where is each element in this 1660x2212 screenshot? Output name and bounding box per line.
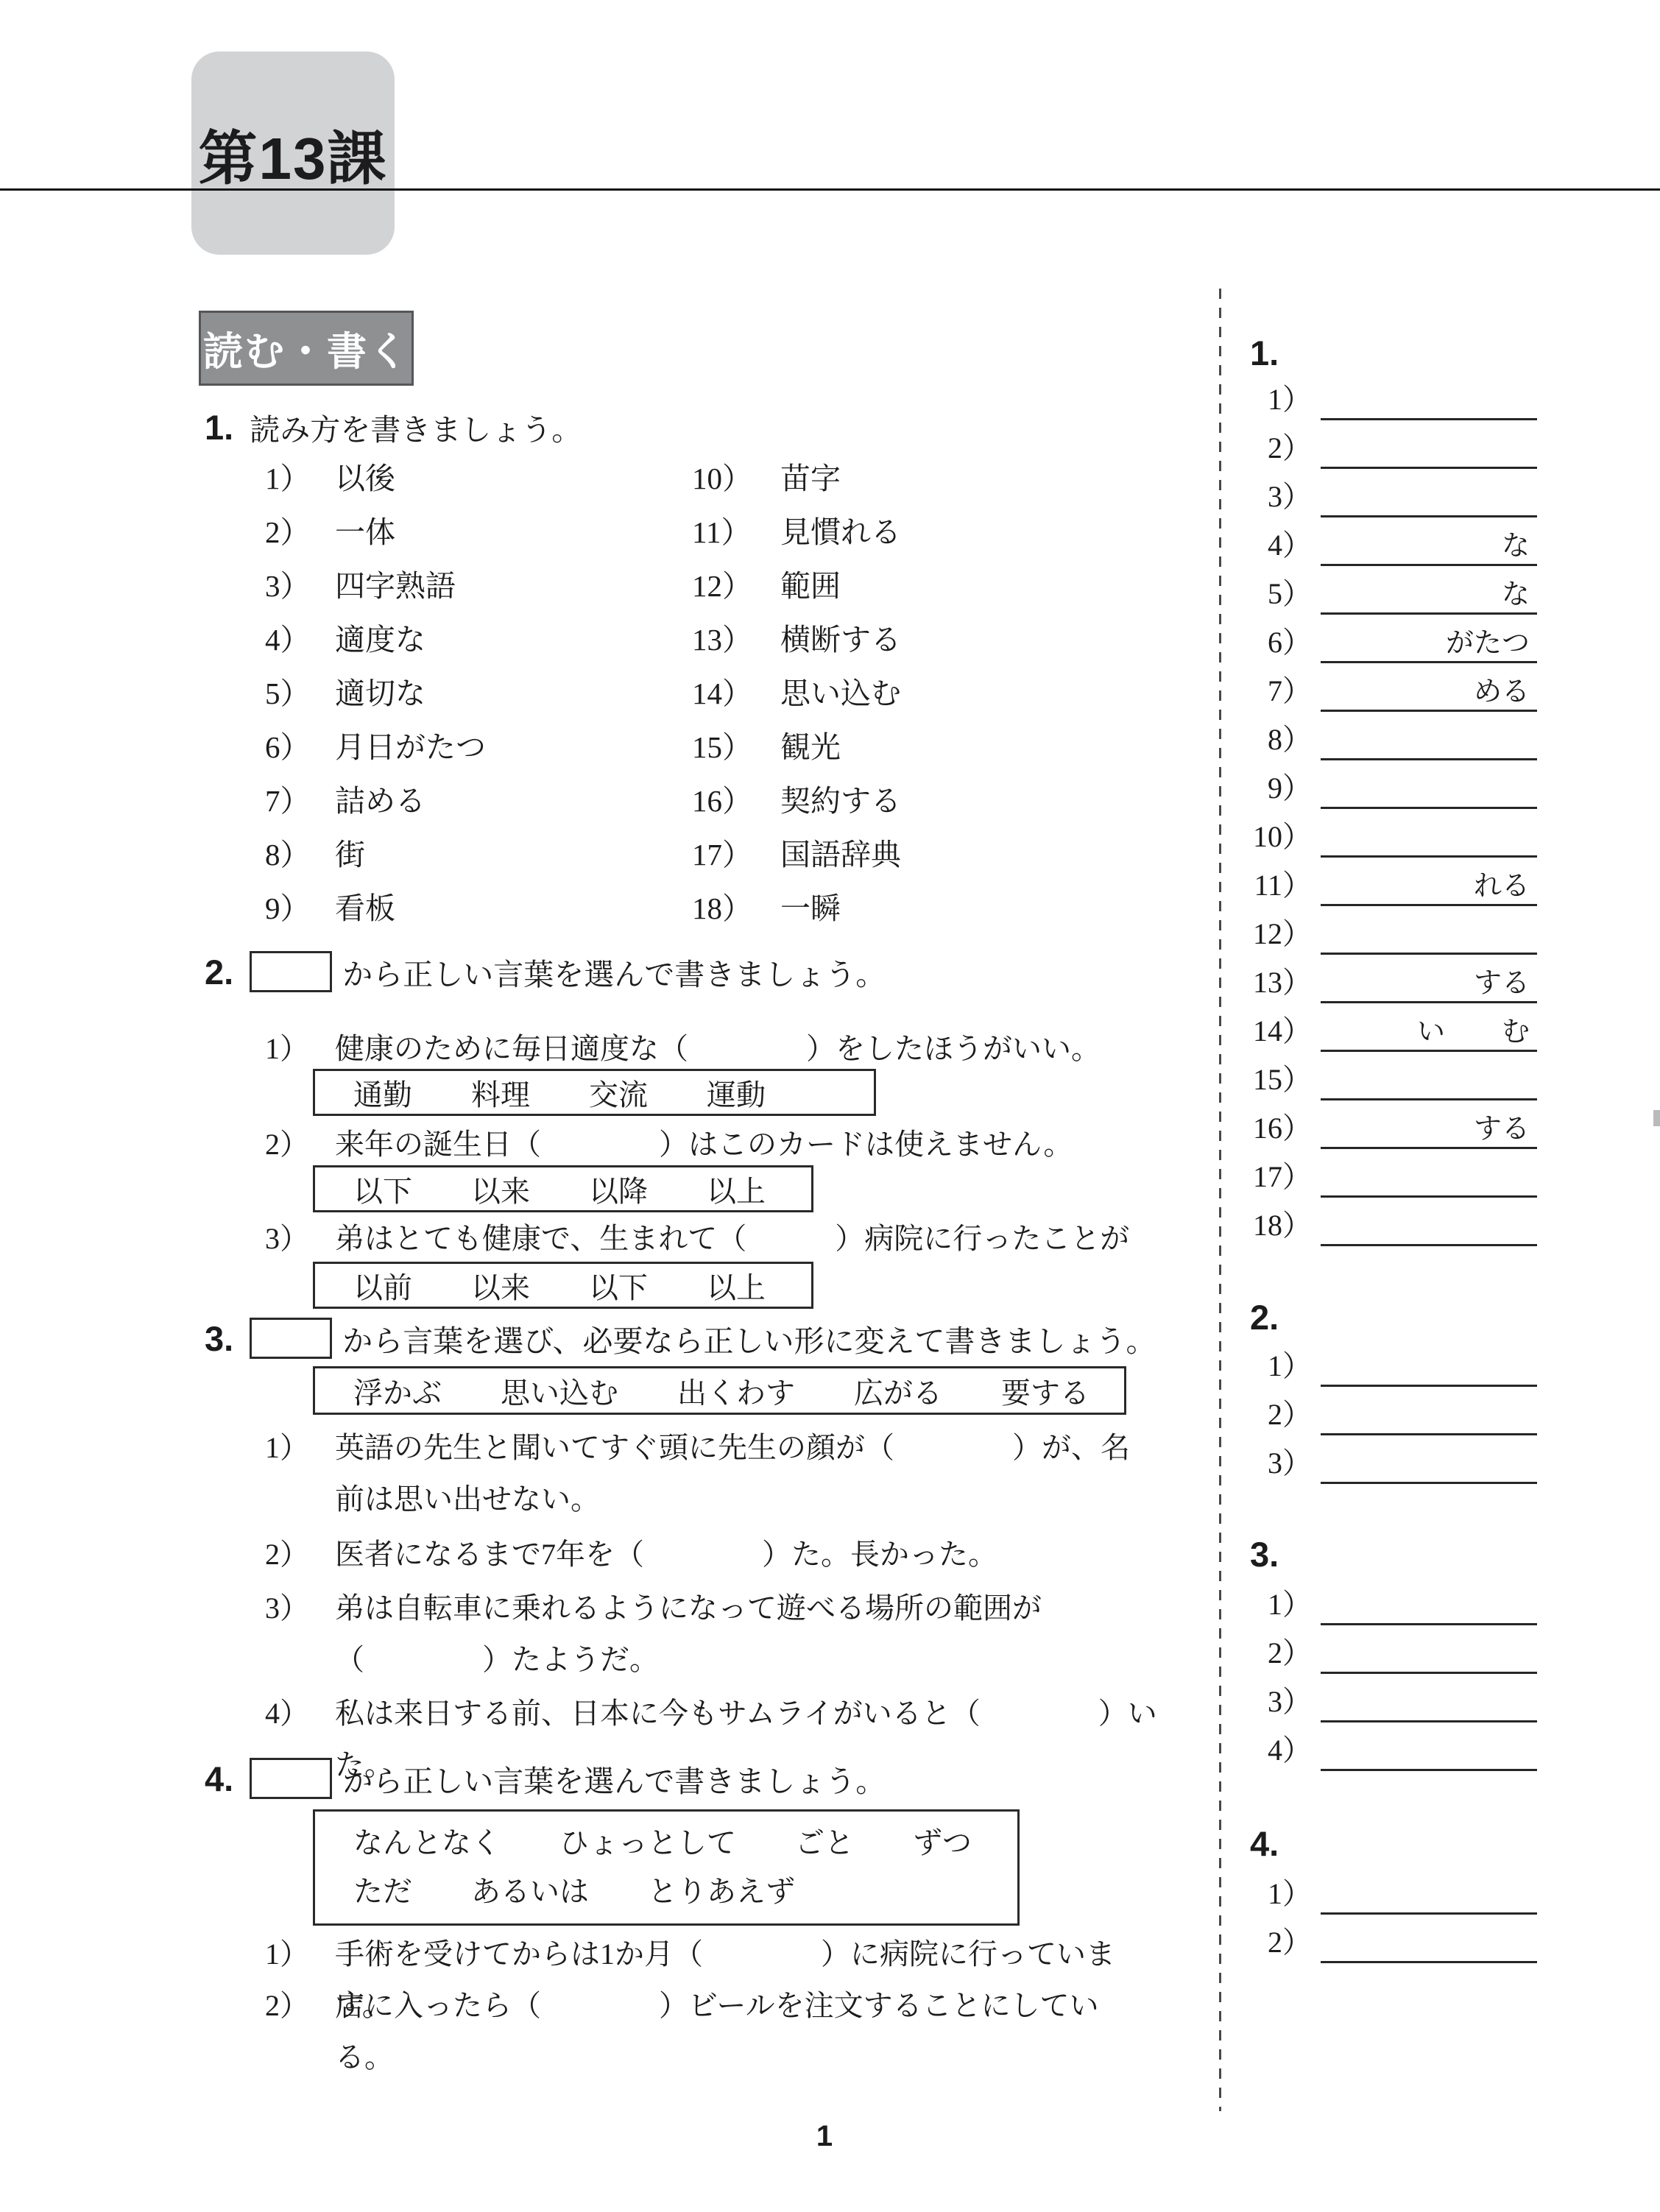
sentence-item: 3） 弟は自転車に乗れるようになって遊べる場所の範囲が（ ）たようだ。: [265, 1583, 1157, 1686]
answer-number: 17）: [1244, 1158, 1312, 1196]
answer-number: 1）: [1244, 381, 1312, 419]
answer-number: 1）: [1244, 1347, 1312, 1385]
item-word: 四字熟語: [335, 562, 456, 605]
item-number: 3）: [265, 1583, 335, 1686]
item-number: 1）: [265, 1023, 335, 1075]
section-badge-label: 読む・書く: [203, 320, 409, 377]
word-choices: 通勤 料理 交流 運動: [353, 1072, 766, 1114]
item-number: 15）: [692, 723, 780, 766]
reading-item: 3）四字熟語: [265, 556, 486, 610]
answer-number: 2）: [1244, 1923, 1312, 1962]
answer-line: [1321, 1385, 1537, 1387]
answer-line: [1321, 1098, 1537, 1100]
answer-section-3-heading: 3.: [1250, 1534, 1279, 1575]
answer-line: [1321, 1623, 1537, 1625]
item-word: 横断する: [780, 615, 901, 659]
answer-number: 1）: [1244, 1875, 1312, 1913]
answer-row: 3）: [1244, 1444, 1537, 1485]
exercise-3-number: 3.: [205, 1318, 233, 1359]
item-number: 4）: [265, 615, 335, 659]
word-choice-box: 浮かぶ 思い込む 出くわす 広がる 要する: [313, 1366, 1126, 1415]
item-word: 適度な: [335, 615, 425, 659]
item-word: 月日がたつ: [335, 723, 486, 766]
answer-number: 10）: [1244, 818, 1312, 856]
item-word: 国語辞典: [780, 830, 901, 874]
answer-number: 16）: [1244, 1109, 1312, 1148]
word-choice-box: 以前 以来 以下 以上: [313, 1262, 813, 1309]
exercise-4-heading: 4. から正しい言葉を選んで書きましょう。: [205, 1755, 886, 1802]
word-choices-row2: ただ あるいは とりあえず: [353, 1868, 795, 1916]
word-choice-box: 通勤 料理 交流 運動: [313, 1069, 876, 1116]
item-number: 1）: [265, 1422, 335, 1525]
answer-row: 4）な: [1244, 526, 1537, 568]
exercise-2-instruction: から正しい言葉を選んで書きましょう。: [342, 950, 886, 994]
item-number: 1）: [265, 454, 335, 498]
answer-line: [1321, 1001, 1537, 1003]
answer-number: 6）: [1244, 623, 1312, 662]
answer-number: 1）: [1244, 1586, 1312, 1624]
reading-item: 16）契約する: [692, 771, 901, 825]
answer-line: [1321, 904, 1537, 906]
item-word: 適切な: [335, 669, 425, 713]
item-number: 6）: [265, 723, 335, 766]
answer-number: 15）: [1244, 1061, 1312, 1099]
item-number: 13）: [692, 615, 780, 659]
answer-line: [1321, 953, 1537, 955]
choice-source-box: [250, 1758, 332, 1799]
sentence-item: 1） 健康のために毎日適度な（ ）をしたほうがいい。: [265, 1023, 1157, 1075]
item-number: 12）: [692, 562, 780, 605]
item-number: 11）: [692, 508, 780, 551]
exercise-1-number: 1.: [205, 407, 233, 448]
reading-item: 10）苗字: [692, 449, 901, 503]
answer-number: 4）: [1244, 526, 1312, 565]
answer-line: [1321, 855, 1537, 858]
answer-suffix: する: [1474, 960, 1530, 1000]
sentence-item: 2） 店に入ったら（ ）ビールを注文することにしている。: [265, 1980, 1157, 2083]
reading-item: 5）適切な: [265, 664, 486, 718]
answer-line: [1321, 1244, 1537, 1246]
item-number: 8）: [265, 830, 335, 874]
answer-number: 13）: [1244, 964, 1312, 1002]
answer-line: [1321, 564, 1537, 566]
item-word: 詰める: [335, 777, 425, 820]
sentence-text: 医者になるまで7年を（ ）た。長かった。: [335, 1529, 1157, 1580]
answer-number: 5）: [1244, 575, 1312, 613]
answer-line: [1321, 1433, 1537, 1435]
reading-item: 4）適度な: [265, 610, 486, 664]
item-word: 一体: [335, 508, 395, 551]
answer-line: [1321, 1050, 1537, 1052]
answer-row: 13）する: [1244, 964, 1537, 1005]
page-number: 1: [780, 2120, 869, 2153]
item-word: 看板: [335, 884, 395, 927]
answer-number: 4）: [1244, 1731, 1312, 1770]
item-number: 2）: [265, 508, 335, 551]
item-number: 10）: [692, 454, 780, 498]
exercise-2-number: 2.: [205, 952, 233, 992]
word-choice-box: 以下 以来 以降 以上: [313, 1165, 813, 1212]
answer-column-divider: [1219, 289, 1221, 2111]
answer-row: 3）: [1244, 478, 1537, 519]
answer-row: 4）: [1244, 1731, 1537, 1773]
item-word: 苗字: [780, 454, 841, 498]
exercise-3-heading: 3. から言葉を選び、必要なら正しい形に変えて書きましょう。: [205, 1315, 1156, 1362]
sentence-item: 2） 来年の誕生日（ ）はこのカードは使えません。: [265, 1119, 1157, 1170]
sentence-item: 2） 医者になるまで7年を（ ）た。長かった。: [265, 1529, 1157, 1580]
answer-number: 14）: [1244, 1012, 1312, 1050]
answer-number: 3）: [1244, 1444, 1312, 1483]
item-number: 2）: [265, 1119, 335, 1170]
reading-item: 8）街: [265, 825, 486, 879]
word-choices: 浮かぶ 思い込む 出くわす 広がる 要する: [353, 1370, 1089, 1412]
answer-suffix: する: [1474, 1106, 1530, 1146]
answer-number: 7）: [1244, 672, 1312, 710]
word-choices: 以前 以来 以下 以上: [353, 1265, 766, 1307]
answer-row: 1）: [1244, 1347, 1537, 1388]
item-word: 思い込む: [780, 669, 901, 713]
word-choice-box: なんとなく ひょっとして ごと ずつ ただ あるいは とりあえず: [313, 1809, 1020, 1926]
reading-item: 7）詰める: [265, 771, 486, 825]
answer-line: [1321, 612, 1537, 615]
answer-line: [1321, 758, 1537, 760]
exercise-3-instruction: から言葉を選び、必要なら正しい形に変えて書きましょう。: [342, 1317, 1156, 1360]
exercise-4-number: 4.: [205, 1759, 233, 1799]
answer-suffix: れる: [1474, 863, 1530, 903]
lesson-title: 第13課: [199, 111, 388, 196]
answer-row: 2）: [1244, 1396, 1537, 1437]
item-word: 街: [335, 830, 365, 874]
answer-line: [1321, 1720, 1537, 1722]
reading-item: 11）見慣れる: [692, 503, 901, 556]
answer-row: 5）な: [1244, 575, 1537, 616]
reading-item: 15）観光: [692, 718, 901, 771]
answer-number: 3）: [1244, 1683, 1312, 1721]
answer-row: 6）がたつ: [1244, 623, 1537, 665]
answer-row: 2）: [1244, 429, 1537, 470]
reading-item: 13）横断する: [692, 610, 901, 664]
reading-item: 17）国語辞典: [692, 825, 901, 879]
exercise-1-heading: 1. 読み方を書きましょう。: [205, 403, 582, 450]
answer-line: [1321, 807, 1537, 809]
answer-row: 10）: [1244, 818, 1537, 859]
lesson-header-box: 第13課: [191, 52, 395, 255]
answer-line: [1321, 1147, 1537, 1149]
reading-item: 9）看板: [265, 879, 486, 933]
answer-number: 12）: [1244, 915, 1312, 953]
reading-item: 12）範囲: [692, 556, 901, 610]
item-word: 範囲: [780, 562, 841, 605]
word-choices-row1: なんとなく ひょっとして ごと ずつ: [353, 1819, 972, 1868]
item-number: 9）: [265, 884, 335, 927]
reading-list-right: 10）苗字 11）見慣れる 12）範囲 13）横断する 14）思い込む 15）観…: [692, 449, 901, 933]
answer-row: 7）める: [1244, 672, 1537, 713]
answer-row: 18）: [1244, 1206, 1537, 1248]
answer-line: [1321, 1672, 1537, 1674]
reading-item: 14）思い込む: [692, 664, 901, 718]
sentence-text: 英語の先生と聞いてすぐ頭に先生の顔が（ ）が、名前は思い出せない。: [335, 1422, 1157, 1525]
item-number: 2）: [265, 1980, 335, 2083]
answer-row: 16）する: [1244, 1109, 1537, 1151]
answer-row: 1）: [1244, 1586, 1537, 1627]
item-number: 17）: [692, 830, 780, 874]
choice-source-box: [250, 951, 332, 992]
sentence-text: 来年の誕生日（ ）はこのカードは使えません。: [335, 1119, 1157, 1170]
answer-suffix: な: [1502, 523, 1530, 563]
item-word: 以後: [335, 454, 395, 498]
sentence-text: 弟は自転車に乗れるようになって遊べる場所の範囲が（ ）たようだ。: [335, 1583, 1157, 1686]
answer-row: 2）: [1244, 1923, 1537, 1965]
answer-section-2-heading: 2.: [1250, 1297, 1279, 1338]
choice-source-box: [250, 1318, 332, 1359]
reading-item: 2）一体: [265, 503, 486, 556]
reading-item: 6）月日がたつ: [265, 718, 486, 771]
answer-row: 17）: [1244, 1158, 1537, 1199]
answer-line: [1321, 661, 1537, 663]
answer-row: 1）: [1244, 1875, 1537, 1916]
sentence-item: 1） 英語の先生と聞いてすぐ頭に先生の顔が（ ）が、名前は思い出せない。: [265, 1422, 1157, 1525]
answer-line: [1321, 418, 1537, 420]
item-number: 3）: [265, 562, 335, 605]
answer-row: 15）: [1244, 1061, 1537, 1102]
answer-number: 2）: [1244, 1396, 1312, 1434]
answer-suffix: める: [1474, 668, 1530, 709]
answer-row: 9）: [1244, 769, 1537, 810]
answer-number: 3）: [1244, 478, 1312, 516]
answer-suffix: む: [1502, 1008, 1530, 1049]
answer-line: [1321, 515, 1537, 517]
answer-line: [1321, 1195, 1537, 1198]
item-number: 18）: [692, 884, 780, 927]
answer-suffix: がたつ: [1446, 620, 1530, 660]
answer-line: [1321, 1482, 1537, 1484]
answer-section-1-heading: 1.: [1250, 333, 1279, 373]
answer-mid-text: い: [1417, 1008, 1445, 1049]
exercise-1-instruction: 読み方を書きましょう。: [250, 406, 582, 449]
section-badge: 読む・書く: [199, 311, 414, 386]
item-word: 観光: [780, 723, 841, 766]
answer-line: [1321, 710, 1537, 712]
page-edge-mark: [1653, 1110, 1660, 1126]
sentence-text: 健康のために毎日適度な（ ）をしたほうがいい。: [335, 1023, 1157, 1075]
answer-row: 1）: [1244, 381, 1537, 422]
answer-number: 11）: [1244, 866, 1312, 905]
item-word: 見慣れる: [780, 508, 901, 551]
answer-row: 11）れる: [1244, 866, 1537, 908]
header-rule: [0, 188, 1660, 191]
item-number: 14）: [692, 669, 780, 713]
item-number: 16）: [692, 777, 780, 820]
exercise-4-instruction: から正しい言葉を選んで書きましょう。: [342, 1757, 886, 1801]
answer-number: 2）: [1244, 1634, 1312, 1672]
item-word: 契約する: [780, 777, 901, 820]
answer-section-4-heading: 4.: [1250, 1823, 1279, 1864]
sentence-text: 店に入ったら（ ）ビールを注文することにしている。: [335, 1980, 1157, 2083]
answer-row: 12）: [1244, 915, 1537, 956]
item-number: 7）: [265, 777, 335, 820]
answer-number: 2）: [1244, 429, 1312, 467]
answer-suffix: な: [1502, 571, 1530, 612]
answer-line: [1321, 1912, 1537, 1915]
item-word: 一瞬: [780, 884, 841, 927]
answer-row: 14）いむ: [1244, 1012, 1537, 1053]
answer-number: 8）: [1244, 721, 1312, 759]
answer-line: [1321, 467, 1537, 469]
reading-item: 1）以後: [265, 449, 486, 503]
reading-item: 18）一瞬: [692, 879, 901, 933]
answer-row: 8）: [1244, 721, 1537, 762]
answer-row: 2）: [1244, 1634, 1537, 1675]
answer-row: 3）: [1244, 1683, 1537, 1724]
exercise-2-heading: 2. から正しい言葉を選んで書きましょう。: [205, 948, 886, 995]
item-number: 2）: [265, 1529, 335, 1580]
word-choices: 以下 以来 以降 以上: [353, 1168, 766, 1210]
item-number: 5）: [265, 669, 335, 713]
answer-number: 18）: [1244, 1206, 1312, 1245]
answer-line: [1321, 1961, 1537, 1963]
answer-line: [1321, 1769, 1537, 1771]
reading-list-left: 1）以後 2）一体 3）四字熟語 4）適度な 5）適切な 6）月日がたつ 7）詰…: [265, 449, 486, 933]
answer-number: 9）: [1244, 769, 1312, 808]
